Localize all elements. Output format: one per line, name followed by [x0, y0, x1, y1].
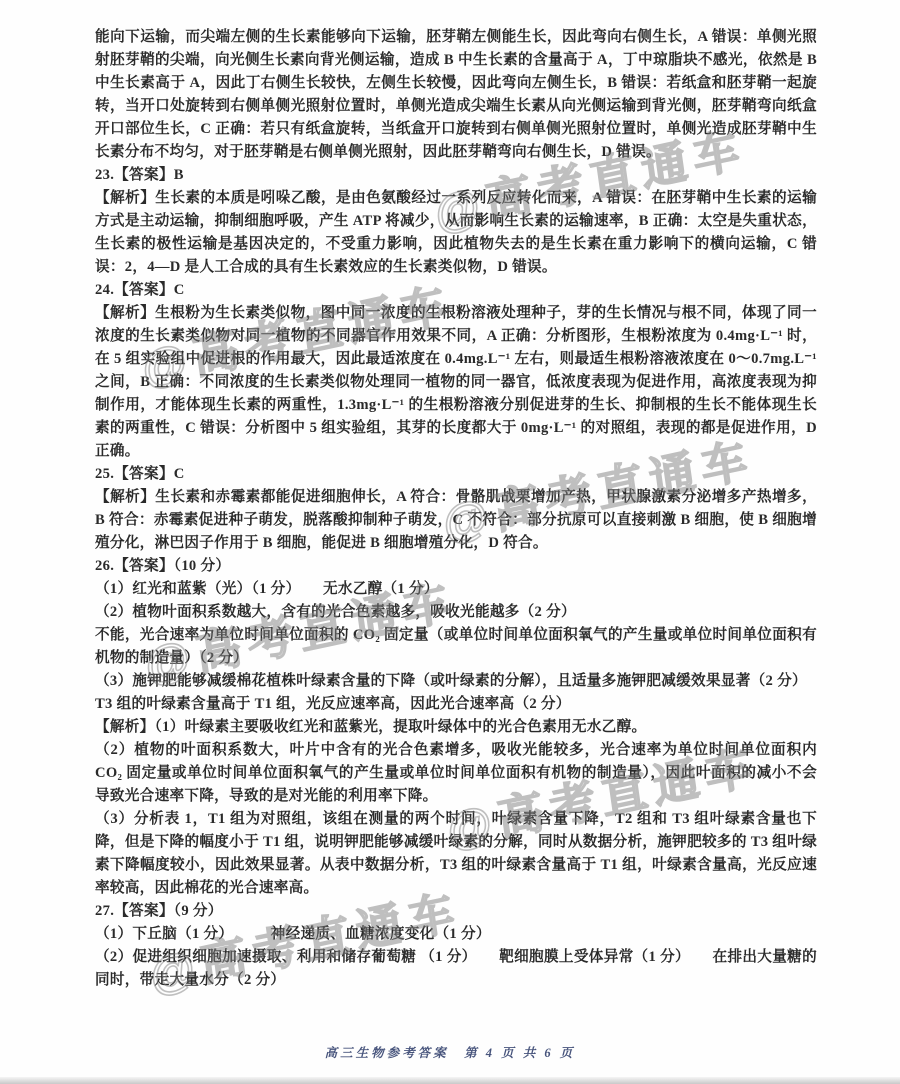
document-body: 能向下运输，而尖端左侧的生长素能够向下运输，胚芽鞘左侧能生长，因此弯向右侧生长，…	[95, 26, 817, 992]
explanation-q24: 【解析】生根粉为生长素类似物，图中同一浓度的生根粉溶液处理种子，芽的生长情况与根…	[95, 302, 817, 463]
answer-label: 【答案】C	[114, 282, 184, 298]
answer-q27-part1: （1）下丘脑（1 分） 神经递质、血糖浓度变化（1 分）	[95, 923, 817, 946]
answer-q26-part1: （1）红光和蓝紫（光）（1 分） 无水乙醇（1 分）	[95, 578, 817, 601]
answer-sheet-page: 能向下运输，而尖端左侧的生长素能够向下运输，胚芽鞘左侧能生长，因此弯向右侧生长，…	[0, 0, 900, 1084]
explanation-q26-3: （3）分析表 1，T1 组为对照组，该组在测量的两个时间，叶绿素含量下降，T2 …	[95, 808, 817, 900]
answer-item-24: 24.【答案】C	[95, 279, 817, 302]
question-number: 25.	[95, 466, 114, 482]
explanation-q23: 【解析】生长素的本质是吲哚乙酸，是由色氨酸经过一系列反应转化而来，A 错误：在胚…	[95, 187, 817, 279]
answer-label: 【答案】C	[114, 466, 184, 482]
answer-label: 【答案】B	[114, 167, 184, 183]
question-number: 27.	[95, 903, 114, 919]
page-footer: 高三生物参考答案 第 4 页 共 6 页	[0, 1043, 900, 1061]
explanation-q25: 【解析】生长素和赤霉素都能促进细胞伸长，A 符合：骨骼肌战栗增加产热，甲状腺激素…	[95, 486, 817, 555]
answer-q26-part2b: 不能，光合速率为单位时间单位面积的 CO₂ 固定量（或单位时间单位面积氧气的产生…	[95, 624, 817, 670]
answer-q26-part3: （3）施钾肥能够减缓棉花植株叶绿素含量的下降（或叶绿素的分解），且适量多施钾肥减…	[95, 670, 817, 693]
answer-label: 【答案】（9 分）	[114, 903, 223, 919]
paragraph-continuation-q22: 能向下运输，而尖端左侧的生长素能够向下运输，胚芽鞘左侧能生长，因此弯向右侧生长，…	[95, 26, 817, 164]
explanation-q26-2: （2）植物的叶面积系数大，叶片中含有的光合色素增多，吸收光能较多，光合速率为单位…	[95, 739, 817, 808]
answer-item-26: 26.【答案】（10 分）	[95, 555, 817, 578]
answer-item-25: 25.【答案】C	[95, 463, 817, 486]
scan-bottom-edge	[0, 1077, 900, 1084]
answer-q26-part3b: T3 组的叶绿素含量高于 T1 组，光反应速率高，因此光合速率高（2 分）	[95, 693, 817, 716]
question-number: 23.	[95, 167, 114, 183]
answer-item-23: 23.【答案】B	[95, 164, 817, 187]
question-number: 26.	[95, 558, 114, 574]
answer-q26-part2: （2）植物叶面积系数越大，含有的光合色素越多，吸收光能越多（2 分）	[95, 601, 817, 624]
question-number: 24.	[95, 282, 114, 298]
answer-item-27: 27.【答案】（9 分）	[95, 900, 817, 923]
answer-label: 【答案】（10 分）	[114, 558, 230, 574]
answer-q27-part2: （2）促进组织细胞加速摄取、利用和储存葡萄糖 （1 分） 靶细胞膜上受体异常（1…	[95, 946, 817, 992]
explanation-q26-1: 【解析】（1）叶绿素主要吸收红光和蓝紫光，提取叶绿体中的光合色素用无水乙醇。	[95, 716, 817, 739]
